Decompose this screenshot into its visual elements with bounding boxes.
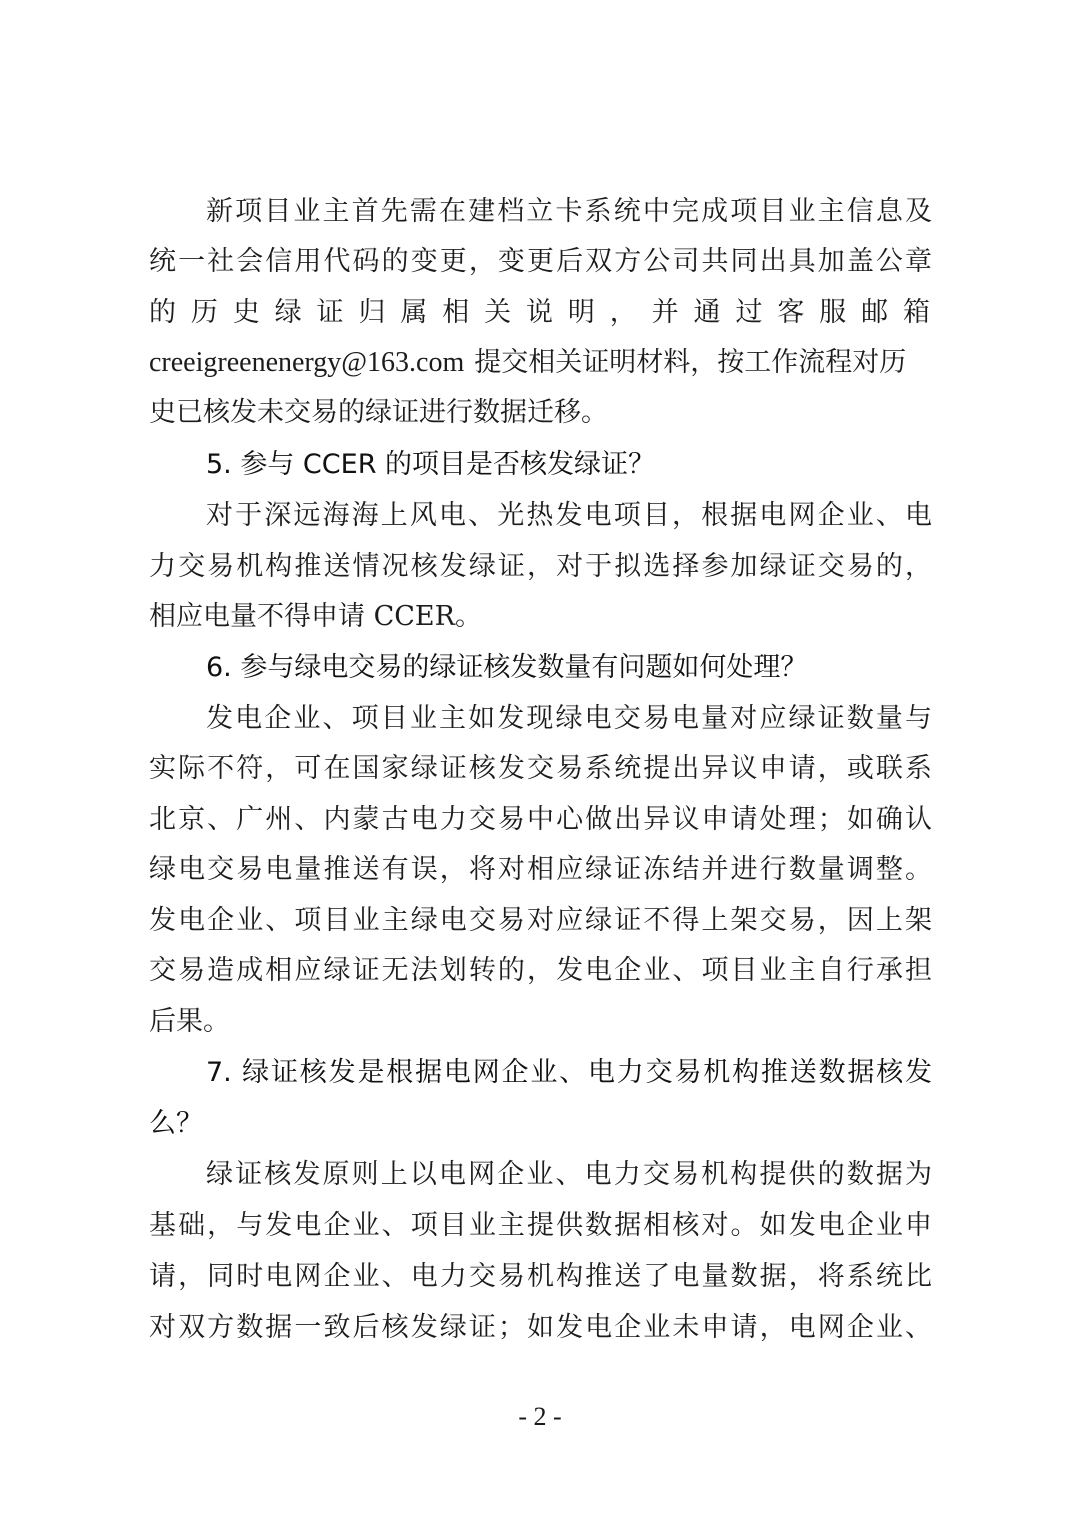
paragraph-text: 提交相关证明材料，按工作流程对历 — [474, 347, 906, 378]
section-7-heading: 7. 绿证核发是根据电网企业、电力交易机构推送数据核发 — [206, 1053, 932, 1093]
paragraph-line: 发电企业、项目业主绿电交易对应绿证不得上架交易，因上架 — [149, 901, 932, 941]
paragraph-line: 绿电交易电量推送有误，将对相应绿证冻结并进行数量调整。 — [149, 850, 932, 890]
paragraph-line: 力交易机构推送情况核发绿证，对于拟选择参加绿证交易的， — [149, 547, 932, 587]
paragraph-line-with-email: creeigreenenergy@163.com提交相关证明材料，按工作流程对历 — [149, 343, 932, 383]
paragraph-line: 后果。 — [149, 1002, 932, 1042]
page-number: - 2 - — [0, 1402, 1080, 1432]
paragraph-line: 对于深远海海上风电、光热发电项目，根据电网企业、电 — [206, 496, 932, 536]
paragraph-line: 统一社会信用代码的变更，变更后双方公司共同出具加盖公章 — [149, 242, 932, 282]
paragraph-line: 北京、广州、内蒙古电力交易中心做出异议申请处理；如确认 — [149, 800, 932, 840]
paragraph-line: 相应电量不得申请 CCER。 — [149, 597, 932, 637]
paragraph-line: 交易造成相应绿证无法划转的，发电企业、项目业主自行承担 — [149, 951, 932, 991]
support-email: creeigreenenergy@163.com — [149, 347, 464, 378]
paragraph-line: 新项目业主首先需在建档立卡系统中完成项目业主信息及 — [206, 192, 932, 232]
paragraph-line: 发电企业、项目业主如发现绿电交易电量对应绿证数量与 — [206, 699, 932, 739]
paragraph-line: 请，同时电网企业、电力交易机构推送了电量数据，将系统比 — [149, 1257, 932, 1297]
section-7-heading-continued: 么？ — [149, 1104, 932, 1144]
paragraph-line: 的历史绿证归属相关说明，并通过客服邮箱 — [149, 293, 932, 333]
document-page: 新项目业主首先需在建档立卡系统中完成项目业主信息及 统一社会信用代码的变更，变更… — [0, 0, 1080, 1527]
paragraph-line: 史已核发未交易的绿证进行数据迁移。 — [149, 393, 932, 433]
paragraph-line: 绿证核发原则上以电网企业、电力交易机构提供的数据为 — [206, 1155, 932, 1195]
paragraph-line: 基础，与发电企业、项目业主提供数据相核对。如发电企业申 — [149, 1206, 932, 1246]
paragraph-line: 对双方数据一致后核发绿证；如发电企业未申请，电网企业、 — [149, 1308, 932, 1348]
section-6-heading: 6. 参与绿电交易的绿证核发数量有问题如何处理？ — [206, 648, 932, 688]
paragraph-line: 实际不符，可在国家绿证核发交易系统提出异议申请，或联系 — [149, 749, 932, 789]
section-5-heading: 5. 参与 CCER 的项目是否核发绿证？ — [206, 445, 932, 485]
